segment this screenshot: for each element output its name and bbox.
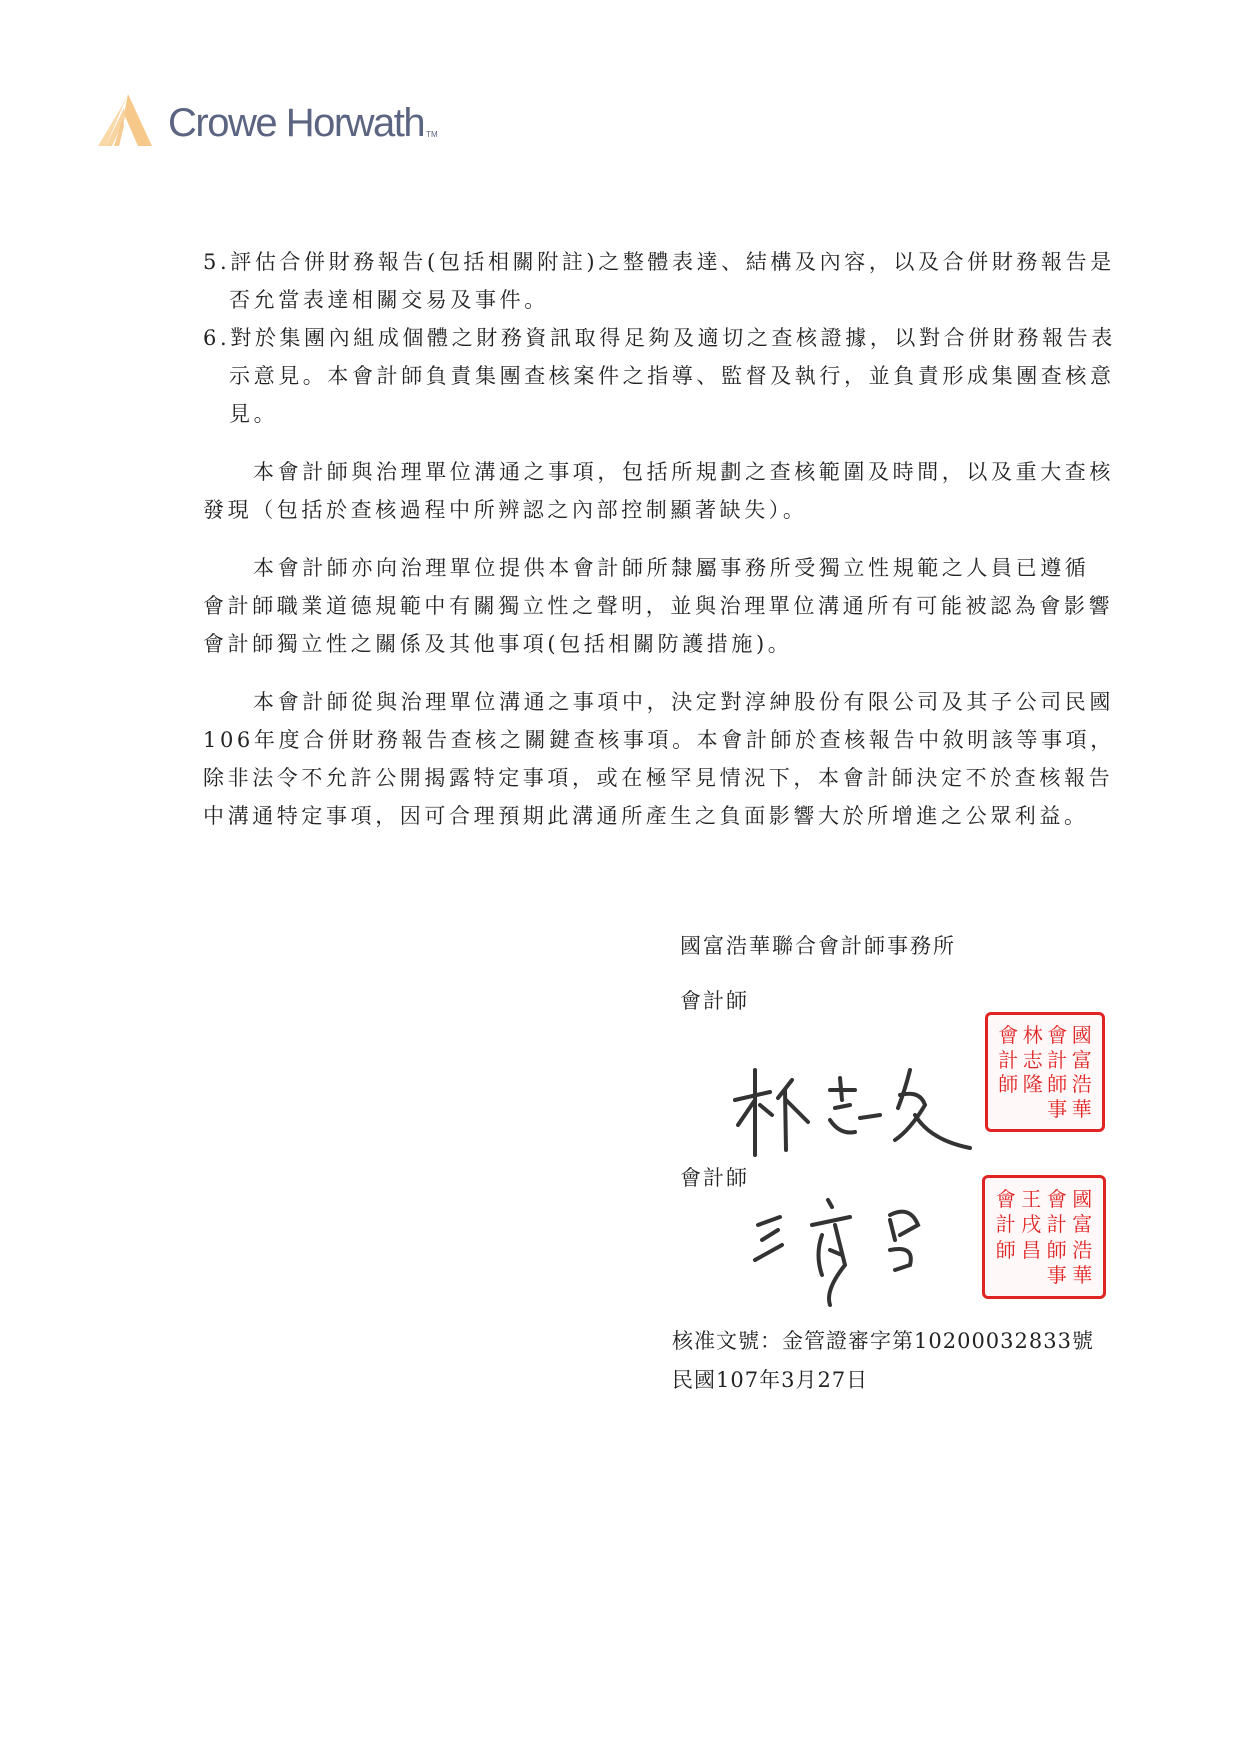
text-line: 中溝通特定事項，因可合理預期此溝通所產生之負面影響大於所增進之公眾利益。 — [203, 797, 1133, 835]
paragraph-independence: 本會計師亦向治理單位提供本會計師所隸屬事務所受獨立性規範之人員已遵循 會計師職業… — [203, 549, 1133, 663]
seal-char: 昌 — [1019, 1237, 1045, 1263]
paragraph-communication: 本會計師與治理單位溝通之事項，包括所規劃之查核範圍及時間，以及重大查核 發現（包… — [203, 453, 1133, 529]
cpa-seal-2: 會 王 會 國 計 戌 計 富 師 昌 師 浩 事 華 — [982, 1175, 1106, 1299]
seal-char: 計 — [996, 1048, 1021, 1073]
seal-char — [996, 1097, 1021, 1122]
text-line: 5.評估合併財務報告(包括相關附註)之整體表達、結構及內容，以及合併財務報告是 — [203, 243, 1133, 281]
text-line: 106年度合併財務報告查核之關鍵查核事項。本會計師於查核報告中敘明該等事項， — [203, 721, 1133, 759]
logo-mountain-icon — [94, 92, 152, 148]
text-line: 見。 — [203, 395, 1133, 433]
seal-char — [1021, 1097, 1046, 1122]
seal-char: 事 — [1044, 1263, 1070, 1289]
text-line: 本會計師亦向治理單位提供本會計師所隸屬事務所受獨立性規範之人員已遵循 — [203, 549, 1133, 587]
seal-char: 師 — [996, 1072, 1021, 1097]
text-line: 本會計師從與治理單位溝通之事項中，決定對淳紳股份有限公司及其子公司民國 — [203, 683, 1133, 721]
report-date: 民國107年3月27日 — [672, 1364, 868, 1394]
handwritten-signature-2 — [750, 1195, 960, 1315]
seal-char: 師 — [1044, 1237, 1070, 1263]
seal-char: 富 — [1070, 1048, 1095, 1073]
list-item-5: 5.評估合併財務報告(包括相關附註)之整體表達、結構及內容，以及合併財務報告是 … — [203, 243, 1133, 319]
seal-char — [1019, 1263, 1045, 1289]
seal-char: 師 — [1045, 1072, 1070, 1097]
seal-char: 富 — [1070, 1212, 1096, 1238]
seal-char: 師 — [993, 1237, 1019, 1263]
firm-name: 國富浩華聯合會計師事務所 — [680, 930, 956, 960]
seal-char: 浩 — [1070, 1237, 1096, 1263]
seal-char: 林 — [1021, 1023, 1046, 1048]
text-line: 會計師職業道德規範中有關獨立性之聲明，並與治理單位溝通所有可能被認為會影響 — [203, 587, 1133, 625]
text-line: 6.對於集團內組成個體之財務資訊取得足夠及適切之查核證據，以對合併財務報告表 — [203, 319, 1133, 357]
seal-char: 會 — [993, 1186, 1019, 1212]
seal-char: 隆 — [1021, 1072, 1046, 1097]
seal-char: 計 — [1044, 1212, 1070, 1238]
text-line: 會計師獨立性之關係及其他事項(包括相關防護措施)。 — [203, 625, 1133, 663]
seal-char — [993, 1263, 1019, 1289]
seal-char: 王 — [1019, 1186, 1045, 1212]
handwritten-signature-1 — [730, 1060, 990, 1160]
paragraph-key-audit-matters: 本會計師從與治理單位溝通之事項中，決定對淳紳股份有限公司及其子公司民國 106年… — [203, 683, 1133, 835]
cpa-label-2: 會計師 — [680, 1162, 749, 1192]
text-line: 否允當表達相關交易及事件。 — [203, 281, 1133, 319]
text-line: 示意見。本會計師負責集團查核案件之指導、監督及執行，並負責形成集團查核意 — [203, 357, 1133, 395]
seal-char: 國 — [1070, 1023, 1095, 1048]
seal-char: 會 — [1044, 1186, 1070, 1212]
seal-char: 華 — [1070, 1263, 1096, 1289]
seal-char: 華 — [1070, 1097, 1095, 1122]
approval-number: 核准文號：金管證審字第10200032833號 — [672, 1325, 1094, 1355]
text-line: 本會計師與治理單位溝通之事項，包括所規劃之查核範圍及時間，以及重大查核 — [203, 453, 1133, 491]
list-item-6: 6.對於集團內組成個體之財務資訊取得足夠及適切之查核證據，以對合併財務報告表 示… — [203, 319, 1133, 433]
cpa-label-1: 會計師 — [680, 985, 749, 1015]
logo-wordmark: Crowe Horwath — [168, 101, 424, 146]
seal-char: 計 — [993, 1212, 1019, 1238]
crowe-horwath-logo: Crowe Horwath TM — [94, 88, 438, 152]
seal-char: 戌 — [1019, 1212, 1045, 1238]
text-line: 除非法令不允許公開揭露特定事項，或在極罕見情況下，本會計師決定不於查核報告 — [203, 759, 1133, 797]
report-body: 5.評估合併財務報告(包括相關附註)之整體表達、結構及內容，以及合併財務報告是 … — [203, 243, 1133, 835]
cpa-seal-1: 會 林 會 國 計 志 計 富 師 隆 師 浩 事 華 — [985, 1012, 1105, 1132]
seal-char: 志 — [1021, 1048, 1046, 1073]
seal-char: 會 — [1045, 1023, 1070, 1048]
seal-char: 事 — [1045, 1097, 1070, 1122]
text-line: 發現（包括於查核過程中所辨認之內部控制顯著缺失）。 — [203, 491, 1133, 529]
seal-char: 國 — [1070, 1186, 1096, 1212]
seal-char: 浩 — [1070, 1072, 1095, 1097]
logo-trademark: TM — [426, 130, 438, 139]
seal-char: 計 — [1045, 1048, 1070, 1073]
seal-char: 會 — [996, 1023, 1021, 1048]
